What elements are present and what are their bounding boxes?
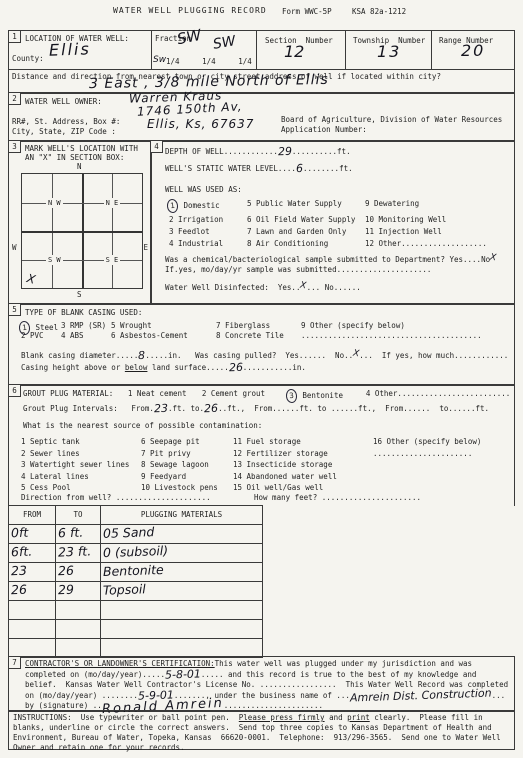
plugging-table-cell: 6ft. bbox=[9, 544, 56, 563]
plugging-table-cell: 05 Sand bbox=[101, 525, 263, 544]
option-item: 6 Seepage pit bbox=[141, 437, 233, 447]
plugging-table-row bbox=[9, 620, 263, 639]
grout-material-label: GROUT PLUG MATERIAL: bbox=[23, 389, 113, 398]
well-use-options: 1 Domestic5 Public Water Supply9 Dewater… bbox=[169, 199, 509, 249]
section-number-badge: 2 bbox=[8, 92, 21, 105]
handwritten-entry: 29 bbox=[58, 585, 74, 596]
city-label: City, State, ZIP Code : bbox=[12, 127, 116, 137]
owner-city-value: Ellis, Ks, 67637 bbox=[147, 119, 254, 129]
compass-south-label: S bbox=[77, 290, 82, 300]
application-number-label: Application Number: bbox=[281, 125, 367, 135]
option-item: 7 Pit privy bbox=[141, 449, 233, 459]
plugging-table-cell bbox=[9, 620, 56, 639]
handwritten-entry: 26 bbox=[58, 566, 74, 577]
plugging-table-cell: 0ft bbox=[9, 525, 56, 544]
option-item: 8 Concrete Tile bbox=[216, 331, 301, 341]
plugging-table-cell: 23 bbox=[9, 563, 56, 582]
range-number-value: 20 bbox=[461, 46, 485, 56]
agency-name: Board of Agriculture, Division of Water … bbox=[281, 115, 502, 125]
printed-text: INSTRUCTIONS: Use typewriter or ball poi… bbox=[13, 713, 239, 722]
option-item: 4 Other......................... bbox=[366, 389, 511, 403]
option-item: 4 Industrial bbox=[169, 239, 247, 249]
option-item: 1 Domestic bbox=[169, 199, 247, 213]
option-item: 14 Abandoned water well bbox=[233, 472, 373, 482]
section-number-badge: 3 bbox=[8, 140, 21, 153]
instructions-box: INSTRUCTIONS: Use typewriter or ball poi… bbox=[8, 710, 515, 750]
option-item: 7 Lawn and Garden Only bbox=[247, 227, 365, 237]
plugging-table-cell: 0 (subsoil) bbox=[101, 544, 263, 563]
plugging-table-cell: 6 ft. bbox=[56, 525, 101, 544]
option-item: 15 Oil well/Gas well bbox=[233, 483, 373, 493]
plugging-table-row bbox=[9, 601, 263, 620]
depth-of-well-line: DEPTH OF WELL............29..........ft. bbox=[165, 147, 351, 157]
plugging-table-cell bbox=[101, 639, 263, 658]
grid-line bbox=[22, 203, 142, 204]
printed-text: ........ft. bbox=[303, 164, 353, 173]
fraction-handwritten-small: Sw bbox=[153, 55, 166, 65]
grid-line bbox=[22, 231, 142, 233]
section-7-certification: 7 CONTRACTOR'S OR LANDOWNER'S CERTIFICAT… bbox=[8, 656, 515, 712]
handwritten-entry: 6 ft. bbox=[58, 528, 84, 539]
contamination-options: 1 Septic tank6 Seepage pit11 Fuel storag… bbox=[21, 437, 511, 493]
printed-text: ..........ft. bbox=[292, 147, 351, 156]
option-item: 12 Fertilizer storage bbox=[233, 449, 373, 459]
contamination-label: What is the nearest source of possible c… bbox=[23, 421, 262, 431]
printed-text: land surface..... bbox=[147, 363, 228, 372]
handwritten-entry: X bbox=[353, 354, 359, 355]
plugging-table-row: 6ft.23 ft.0 (subsoil) bbox=[9, 544, 263, 563]
option-item: 1 Septic tank bbox=[21, 437, 141, 447]
casing-diameter-line: Blank casing diameter.....8.....in. Was … bbox=[21, 351, 508, 361]
plugging-table-row: 2629Topsoil bbox=[9, 582, 263, 601]
form-title: WATER WELL PLUGGING RECORD bbox=[113, 6, 267, 16]
compass-west-label: W bbox=[12, 243, 17, 253]
well-used-as-label: WELL WAS USED AS: bbox=[165, 185, 242, 195]
printed-text: Blank casing diameter..... bbox=[21, 351, 138, 360]
handwritten-entry: 0 (subsoil) bbox=[103, 546, 168, 558]
printed-text: WELL'S STATIC WATER LEVEL.... bbox=[165, 164, 296, 173]
direction-from-well-label: Direction from well? ...................… bbox=[21, 493, 211, 503]
section-5-blank-casing: 5 TYPE OF BLANK CASING USED: 1 Steel3 RM… bbox=[8, 303, 515, 386]
plugging-table-row bbox=[9, 639, 263, 658]
option-item: 3 Bentonite bbox=[288, 389, 366, 403]
grid-line bbox=[22, 260, 142, 261]
plugging-table-cell bbox=[56, 620, 101, 639]
option-item: 13 Insecticide storage bbox=[233, 460, 373, 470]
sample-date-line: If yes, mo/day/yr sample was submitted..… bbox=[165, 265, 431, 275]
handwritten-entry: 26 bbox=[11, 585, 27, 596]
handwritten-entry: X bbox=[490, 258, 496, 259]
option-item: 10 Livestock pens bbox=[141, 483, 233, 493]
option-item: 12 Other................... bbox=[365, 239, 509, 249]
fraction-printed-blanks: 1/4 1/4 1/4 bbox=[166, 57, 252, 67]
section-number-badge: 6 bbox=[8, 384, 21, 397]
plugging-table-header-row: FROM TO PLUGGING MATERIALS bbox=[9, 506, 263, 525]
casing-title: TYPE OF BLANK CASING USED: bbox=[25, 308, 142, 318]
printed-text: ...................... bbox=[224, 701, 323, 710]
plugging-table-cell: 26 bbox=[9, 582, 56, 601]
address-label: RR#, St. Address, Box #: bbox=[12, 117, 120, 127]
handwritten-entry: Bentonite bbox=[103, 565, 164, 577]
county-label: County: bbox=[12, 54, 44, 64]
plugging-table-cell: 29 bbox=[56, 582, 101, 601]
printed-text: ...........in. bbox=[243, 363, 306, 372]
printed-text: Was a chemical/bacteriological sample su… bbox=[165, 255, 490, 264]
quadrant-se-label: S E bbox=[104, 255, 121, 265]
section-number-badge: 4 bbox=[150, 140, 163, 153]
range-number-cell: Range Number 20 bbox=[431, 31, 514, 69]
option-item: 2 Irrigation bbox=[169, 215, 247, 225]
printed-text: and bbox=[325, 713, 348, 722]
grout-material-options: 1 Neat cement2 Cement grout3 Bentonite4 … bbox=[128, 389, 511, 403]
handwritten-entry: 5-8-01 bbox=[165, 674, 201, 675]
instructions-paragraph: INSTRUCTIONS: Use typewriter or ball poi… bbox=[9, 711, 514, 755]
sketch-title-line2: AN "X" IN SECTION BOX: bbox=[25, 153, 124, 163]
handwritten-entry: 5-9-01 bbox=[138, 695, 174, 696]
compass-east-label: E bbox=[143, 243, 148, 253]
section-number-value: 12 bbox=[284, 47, 304, 57]
casing-height-line: Casing height above or below land surfac… bbox=[21, 363, 306, 373]
grout-intervals-line: Grout Plug Intervals: From.23.ft. to.26.… bbox=[23, 404, 489, 414]
section-number-badge: 7 bbox=[8, 656, 21, 669]
option-item bbox=[373, 472, 511, 482]
option-item: 11 Injection Well bbox=[365, 227, 509, 237]
option-item: 5 Public Water Supply bbox=[247, 199, 365, 213]
circled-option-number: 3 bbox=[285, 388, 297, 403]
option-item: 5 Cess Pool bbox=[21, 483, 141, 493]
option-item bbox=[373, 460, 511, 470]
section-number-badge: 5 bbox=[8, 303, 21, 316]
option-item bbox=[373, 483, 511, 493]
option-item: 6 Asbestos-Cement bbox=[111, 331, 216, 341]
grout-material-line: GROUT PLUG MATERIAL: 1 Neat cement2 Ceme… bbox=[23, 389, 510, 403]
county-cell: LOCATION OF WATER WELL: County: Ellis bbox=[9, 31, 152, 69]
option-item: 9 Feedyard bbox=[141, 472, 233, 482]
plugging-table-cell: 23 ft. bbox=[56, 544, 101, 563]
option-item: ...................... bbox=[373, 449, 511, 459]
printed-text: .ft. to. bbox=[168, 404, 204, 413]
printed-text: ..ft., From......ft. to ......ft., From.… bbox=[218, 404, 489, 413]
handwritten-entry: Topsoil bbox=[103, 584, 146, 595]
option-item: 3 Feedlot bbox=[169, 227, 247, 237]
printed-text: Please press firmly bbox=[239, 713, 325, 722]
plugging-table-cell: Bentonite bbox=[101, 563, 263, 582]
section-4-well-details: 4 DEPTH OF WELL............29..........f… bbox=[150, 140, 515, 305]
handwritten-entry: 05 Sand bbox=[103, 527, 155, 539]
section-2-owner: 2 WATER WELL OWNER: RR#, St. Address, Bo… bbox=[8, 92, 515, 142]
quadrant-nw-label: N W bbox=[46, 198, 63, 208]
option-item: 16 Other (specify below) bbox=[373, 437, 511, 447]
option-item: 6 Oil Field Water Supply bbox=[247, 215, 365, 225]
compass-north-label: N bbox=[77, 162, 82, 172]
plugging-table-cell bbox=[9, 639, 56, 658]
quadrant-sw-label: S W bbox=[46, 255, 63, 265]
section-3-location-sketch: 3 MARK WELL'S LOCATION WITH AN "X" IN SE… bbox=[8, 140, 152, 305]
handwritten-entry: 23 ft. bbox=[58, 546, 91, 557]
option-item: 8 Air Conditioning bbox=[247, 239, 365, 249]
printed-text: Water Well Disinfected: Yes.. bbox=[165, 283, 300, 292]
option-item: ........................................ bbox=[301, 331, 506, 341]
materials-column-header: PLUGGING MATERIALS bbox=[101, 506, 263, 525]
option-item: 8 Sewage lagoon bbox=[141, 460, 233, 470]
printed-text: print bbox=[347, 713, 370, 722]
printed-text: Grout Plug Intervals: From. bbox=[23, 404, 154, 413]
plugging-table-row: 0ft6 ft.05 Sand bbox=[9, 525, 263, 544]
handwritten-entry: 6ft. bbox=[11, 547, 33, 558]
from-column-header: FROM bbox=[9, 506, 56, 525]
plugging-table-row: 2326Bentonite bbox=[9, 563, 263, 582]
printed-text: Casing height above or bbox=[21, 363, 125, 372]
quadrant-ne-label: N E bbox=[104, 198, 121, 208]
plugging-table-cell bbox=[101, 620, 263, 639]
circled-option-number: 1 bbox=[166, 198, 178, 213]
how-many-feet-label: How many feet? ...................... bbox=[254, 493, 421, 503]
plugging-table-cell bbox=[56, 601, 101, 620]
statute-reference: KSA 82a-1212 bbox=[352, 7, 406, 17]
printed-text: CONTRACTOR'S OR LANDOWNER'S CERTIFICATIO… bbox=[25, 659, 215, 668]
handwritten-entry: X bbox=[300, 286, 306, 287]
plugging-table-cell: 26 bbox=[56, 563, 101, 582]
option-item: 3 Watertight sewer lines bbox=[21, 460, 141, 470]
township-number-value: 13 bbox=[377, 47, 401, 57]
option-item: 10 Monitoring Well bbox=[365, 215, 509, 225]
township-number-cell: Township Number 13 bbox=[345, 31, 432, 69]
option-item: 4 Lateral lines bbox=[21, 472, 141, 482]
static-water-level-line: WELL'S STATIC WATER LEVEL....6........ft… bbox=[165, 164, 353, 174]
printed-text: DEPTH OF WELL............ bbox=[165, 147, 278, 156]
printed-text: .....in. Was casing pulled? Yes...... No… bbox=[145, 351, 353, 360]
plugging-table-cell bbox=[101, 601, 263, 620]
section-6-grout-plug: 6 GROUT PLUG MATERIAL: 1 Neat cement2 Ce… bbox=[8, 384, 515, 506]
printed-text: below bbox=[125, 363, 148, 372]
to-column-header: TO bbox=[56, 506, 101, 525]
printed-text: ... If yes, how much............ bbox=[359, 351, 508, 360]
plugging-table-cell bbox=[56, 639, 101, 658]
county-value: Ellis bbox=[49, 44, 91, 55]
fraction-handwritten-2: SW bbox=[212, 36, 236, 50]
handwritten-entry: 0ft bbox=[11, 528, 29, 539]
owner-address-value: 1746 150th Av, bbox=[137, 101, 243, 117]
plugging-table-cell bbox=[9, 601, 56, 620]
form-number: Form WWC-5P bbox=[282, 7, 332, 17]
casing-options-row2: 2 PVC4 ABS6 Asbestos-Cement8 Concrete Ti… bbox=[21, 331, 506, 341]
plugging-table-cell: Topsoil bbox=[101, 582, 263, 601]
handwritten-entry: Amrein Dist. Construction bbox=[350, 693, 492, 698]
fraction-cell: Fraction SW SW Sw 1/4 1/4 1/4 bbox=[151, 31, 257, 69]
owner-title: WATER WELL OWNER: bbox=[25, 97, 102, 107]
printed-text: ... No...... bbox=[307, 283, 361, 292]
water-well-plugging-record-form: WATER WELL PLUGGING RECORD Form WWC-5P K… bbox=[0, 0, 523, 758]
distance-direction-value: 3 East , 3/8 mile North of Ellis bbox=[89, 75, 329, 89]
option-item: 2 PVC bbox=[21, 331, 61, 341]
disinfected-line: Water Well Disinfected: Yes..X... No....… bbox=[165, 283, 361, 293]
fraction-handwritten-1: SW bbox=[176, 30, 202, 45]
section-number-cell: Section Number 12 bbox=[256, 31, 346, 69]
section-grid: N W N E S W S E X bbox=[21, 173, 143, 289]
plugging-materials-table: FROM TO PLUGGING MATERIALS 0ft6 ft.05 Sa… bbox=[8, 505, 263, 658]
option-item: 2 Sewer lines bbox=[21, 449, 141, 459]
handwritten-entry: 23 bbox=[11, 566, 27, 577]
well-location-x-mark: X bbox=[26, 273, 36, 285]
option-item: 11 Fuel storage bbox=[233, 437, 373, 447]
option-item: 9 Dewatering bbox=[365, 199, 509, 213]
option-item: 4 ABS bbox=[61, 331, 111, 341]
distance-direction-cell: Distance and direction from nearest town… bbox=[9, 69, 514, 94]
section-1-location: 1 LOCATION OF WATER WELL: County: Ellis … bbox=[8, 30, 515, 94]
certification-paragraph: CONTRACTOR'S OR LANDOWNER'S CERTIFICATIO… bbox=[9, 657, 514, 714]
